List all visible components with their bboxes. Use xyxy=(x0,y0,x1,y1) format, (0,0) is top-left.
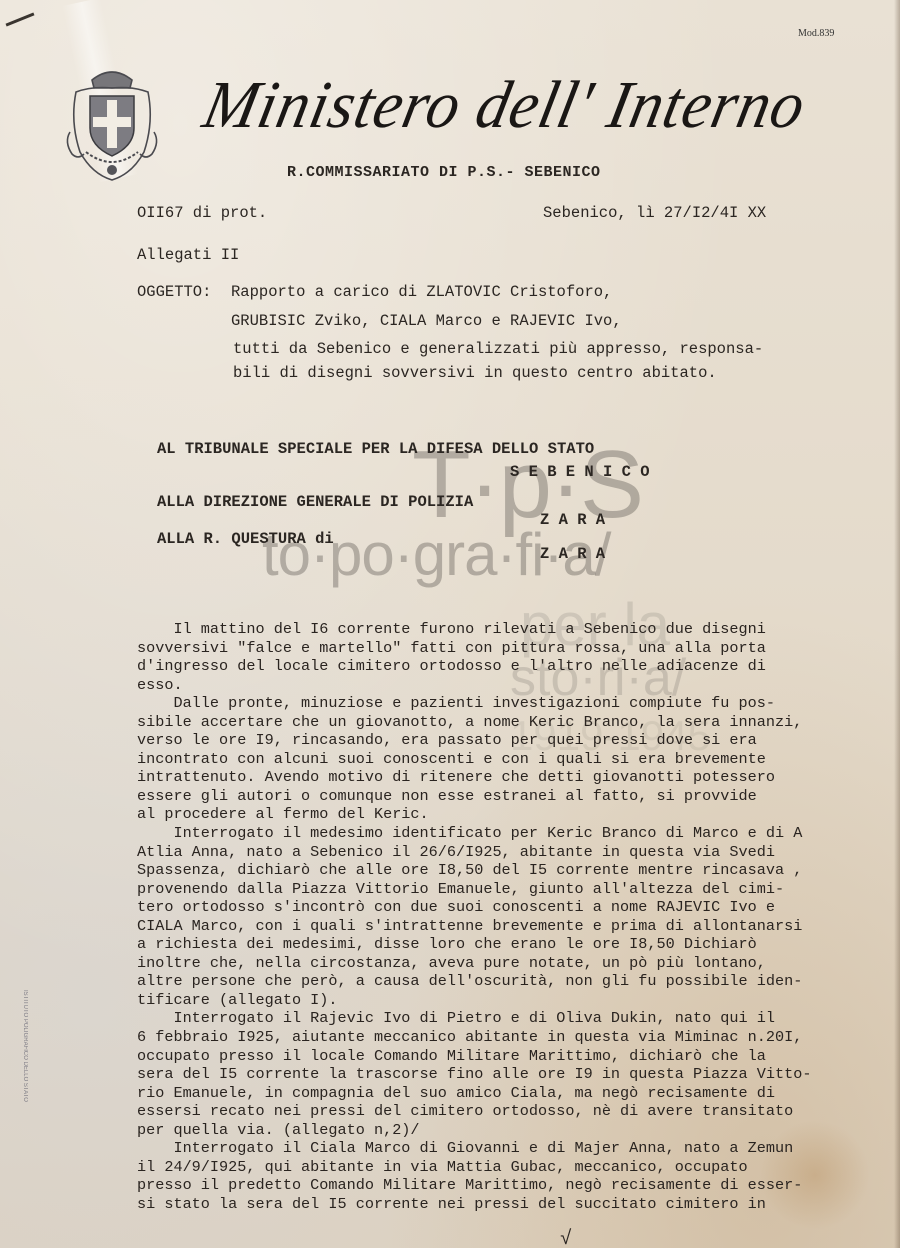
protocol-number: OII67 di prot. xyxy=(137,204,267,222)
margin-printer-stamp: ISTITUTO POLIGRAFICO DELLO STATO xyxy=(22,990,28,1102)
office-name: R.COMMISSARIATO DI P.S.- SEBENICO xyxy=(287,164,601,181)
body-line: provenendo dalla Piazza Vittorio Emanuel… xyxy=(137,880,897,899)
body-line: essere gli autori o comunque non esse es… xyxy=(137,787,897,806)
body-line: incontrato con alcuni suoi conoscenti e … xyxy=(137,750,897,769)
form-code: Mod.839 xyxy=(798,28,834,39)
body-line: essersi recato nei pressi del cimitero o… xyxy=(137,1102,897,1121)
subject-line: GRUBISIC Zviko, CIALA Marco e RAJEVIC Iv… xyxy=(231,312,622,330)
body-line: sovversivi "falce e martello" fatti con … xyxy=(137,639,897,658)
body-line: al procedere al fermo del Keric. xyxy=(137,805,897,824)
recipient-city: S E B E N I C O xyxy=(510,463,650,481)
subject-line: tutti da Sebenico e generalizzati più ap… xyxy=(233,340,763,358)
recipient-city: Z A R A xyxy=(540,545,605,563)
subject-label: OGGETTO: xyxy=(137,283,211,301)
place-date: Sebenico, lì 27/I2/4I XX xyxy=(543,204,766,222)
body-line: tificare (allegato I). xyxy=(137,991,897,1010)
body-line: Atlia Anna, nato a Sebenico il 26/6/I925… xyxy=(137,843,897,862)
recipient-name: ALLA R. QUESTURA di xyxy=(157,530,334,548)
body-line: intrattenuto. Avendo motivo di ritenere … xyxy=(137,768,897,787)
body-line: Dalle pronte, minuziose e pazienti inves… xyxy=(137,694,897,713)
coat-of-arms-icon xyxy=(62,62,162,188)
body-line: si stato la sera del I5 corrente nei pre… xyxy=(137,1195,897,1214)
body-line: Il mattino del I6 corrente furono rileva… xyxy=(137,620,897,639)
body-line: per quella via. (allegato n,2)/ xyxy=(137,1121,897,1140)
body-line: a richiesta dei medesimi, disse loro che… xyxy=(137,935,897,954)
body-line: Interrogato il Rajevic Ivo di Pietro e d… xyxy=(137,1009,897,1028)
check-mark: √ xyxy=(560,1228,572,1248)
body-line: inoltre che, nella circostanza, aveva pu… xyxy=(137,954,897,973)
body-line: altre persone che però, a causa dell'osc… xyxy=(137,972,897,991)
body-line: esso. xyxy=(137,676,897,695)
body-line: Interrogato il medesimo identificato per… xyxy=(137,824,897,843)
body-line: verso le ore I9, rincasando, era passato… xyxy=(137,731,897,750)
body-line: presso il predetto Comando Militare Mari… xyxy=(137,1176,897,1195)
body-line: CIALA Marco, con i quali s'intrattenne b… xyxy=(137,917,897,936)
attachments-count: Allegati II xyxy=(137,246,239,264)
body-line: Spassenza, dichiarò che alle ore I8,50 d… xyxy=(137,861,897,880)
body-line: tero ortodosso s'incontrò con due suoi c… xyxy=(137,898,897,917)
recipient-name: ALLA DIREZIONE GENERALE DI POLIZIA xyxy=(157,493,473,511)
body-line: sibile accertare che un giovanotto, a no… xyxy=(137,713,897,732)
body-line: il 24/9/I925, qui abitante in via Mattia… xyxy=(137,1158,897,1177)
recipient-name: AL TRIBUNALE SPECIALE PER LA DIFESA DELL… xyxy=(157,440,594,458)
staple-mark xyxy=(6,12,35,26)
subject-line: Rapporto a carico di ZLATOVIC Cristoforo… xyxy=(231,283,612,301)
body-line: d'ingresso del locale cimitero ortodosso… xyxy=(137,657,897,676)
body-line: occupato presso il locale Comando Milita… xyxy=(137,1047,897,1066)
ministry-letterhead: Ministero dell' Interno xyxy=(197,66,813,144)
body-line: sera del I5 corrente la trascorse fino a… xyxy=(137,1065,897,1084)
body-line: 6 febbraio I925, aiutante meccanico abit… xyxy=(137,1028,897,1047)
report-body: Il mattino del I6 corrente furono rileva… xyxy=(137,620,897,1214)
subject-line: bili di disegni sovversivi in questo cen… xyxy=(233,364,717,382)
body-line: rio Emanuele, in compagnia del suo amico… xyxy=(137,1084,897,1103)
body-line: Interrogato il Ciala Marco di Giovanni e… xyxy=(137,1139,897,1158)
recipient-city: Z A R A xyxy=(540,511,605,529)
